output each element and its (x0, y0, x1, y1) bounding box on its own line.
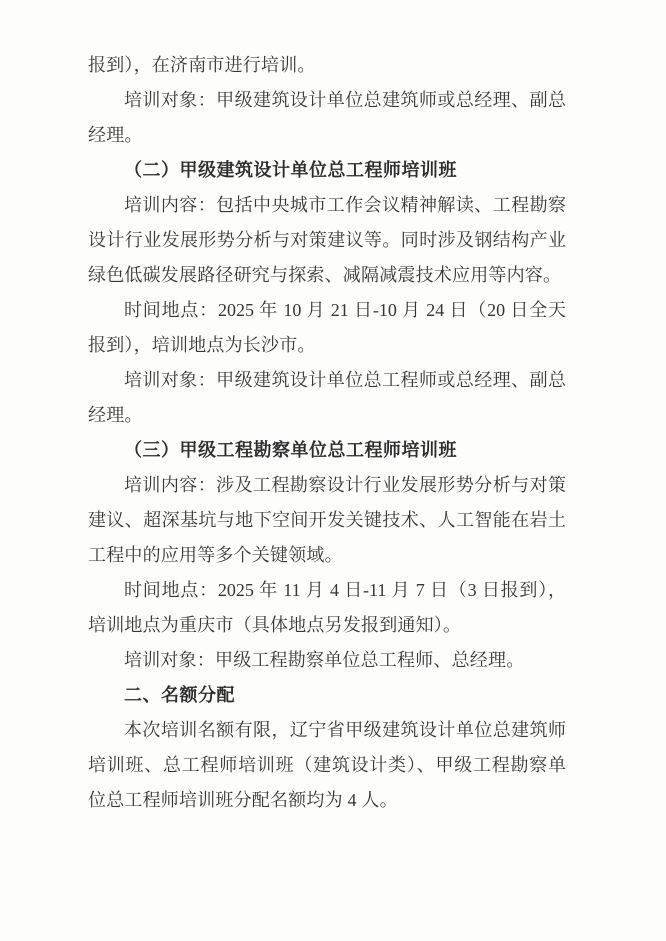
document-body: 报到），在济南市进行培训。 培训对象：甲级建筑设计单位总建筑师或总经理、副总 经… (88, 48, 566, 818)
document-page: 报到），在济南市进行培训。 培训对象：甲级建筑设计单位总建筑师或总经理、副总 经… (0, 0, 666, 941)
heading-section-2: （二）甲级建筑设计单位总工程师培训班 (88, 153, 566, 188)
doc-line: 时间地点：2025 年 10 月 21 日-10 月 24 日（20 日全天 (88, 293, 566, 328)
doc-line: 建议、超深基坑与地下空间开发关键技术、人工智能在岩土 (88, 503, 566, 538)
doc-line: 报到），培训地点为长沙市。 (88, 328, 566, 363)
heading-quota-allocation: 二、名额分配 (88, 678, 566, 713)
doc-line: 设计行业发展形势分析与对策建议等。同时涉及钢结构产业 (88, 223, 566, 258)
doc-line: 本次培训名额有限，辽宁省甲级建筑设计单位总建筑师 (88, 713, 566, 748)
doc-line: 时间地点：2025 年 11 月 4 日-11 月 7 日（3 日报到）， (88, 573, 566, 608)
heading-section-3: （三）甲级工程勘察单位总工程师培训班 (88, 433, 566, 468)
doc-line: 培训内容：涉及工程勘察设计行业发展形势分析与对策 (88, 468, 566, 503)
doc-line: 培训对象：甲级建筑设计单位总建筑师或总经理、副总 (88, 83, 566, 118)
doc-line: 培训班、总工程师培训班（建筑设计类）、甲级工程勘察单 (88, 748, 566, 783)
doc-line: 培训内容：包括中央城市工作会议精神解读、工程勘察 (88, 188, 566, 223)
doc-line: 经理。 (88, 398, 566, 433)
doc-line: 工程中的应用等多个关键领域。 (88, 538, 566, 573)
doc-line: 培训地点为重庆市（具体地点另发报到通知）。 (88, 608, 566, 643)
doc-line: 位总工程师培训班分配名额均为 4 人。 (88, 783, 566, 818)
doc-line: 培训对象：甲级建筑设计单位总工程师或总经理、副总 (88, 363, 566, 398)
doc-line: 经理。 (88, 118, 566, 153)
doc-line: 报到），在济南市进行培训。 (88, 48, 566, 83)
doc-line: 培训对象：甲级工程勘察单位总工程师、总经理。 (88, 643, 566, 678)
doc-line: 绿色低碳发展路径研究与探索、减隔减震技术应用等内容。 (88, 258, 566, 293)
